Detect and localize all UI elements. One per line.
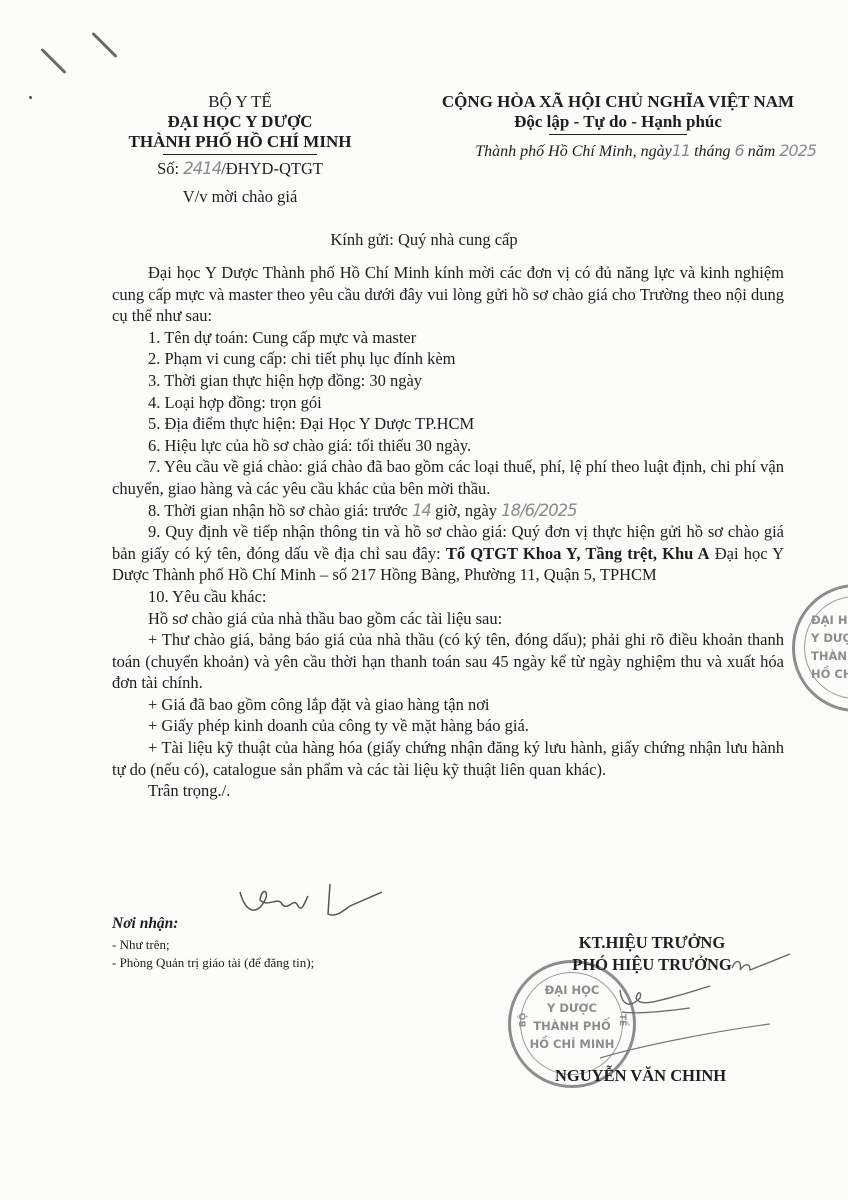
national-header: CỘNG HÒA XÃ HỘI CHỦ NGHĨA VIỆT NAM Độc l… (418, 92, 818, 162)
document-bullet: + Giá đã bao gồm công lắp đặt và giao hà… (112, 694, 784, 716)
date-prefix: Thành phố Hồ Chí Minh, ngày (475, 143, 671, 160)
stamp-line: Y DƯỢC (811, 629, 848, 647)
document-bullet: + Thư chào giá, bảng báo giá của nhà thầ… (112, 629, 784, 694)
deadline-date: 18/6/2025 (501, 501, 577, 520)
stamp-line: ĐẠI HỌC (811, 611, 848, 629)
date-month: 6 (735, 141, 744, 160)
document-number: Số: 2414/ĐHYD-QTGT (105, 159, 375, 179)
deadline-label: 8. Thời gian nhận hồ sơ chào giá: trước (148, 501, 408, 520)
issuer-header: BỘ Y TẾ ĐẠI HỌC Y DƯỢC THÀNH PHỐ HỒ CHÍ … (105, 92, 375, 207)
staple-mark (40, 48, 66, 74)
letter-body: Đại học Y Dược Thành phố Hồ Chí Minh kín… (112, 262, 784, 802)
staple-mark (91, 32, 117, 58)
motto-divider (549, 134, 687, 135)
document-bullet: + Giấy phép kinh doanh của công ty về mặ… (112, 715, 784, 737)
document-bullet: + Tài liệu kỹ thuật của hàng hóa (giấy c… (112, 737, 784, 780)
salutation: Kính gửi: Quý nhà cung cấp (0, 230, 848, 250)
list-item-other: 10. Yêu cầu khác: (112, 586, 784, 608)
list-item: 7. Yêu cầu về giá chào: giá chào đã bao … (112, 456, 784, 499)
stamp-line: THÀNH PHỐ (811, 647, 848, 665)
recipient-item: - Như trên; (112, 936, 314, 954)
number-label: Số: (157, 159, 179, 178)
recipient-item: - Phòng Quản trị giáo tài (để đăng tin); (112, 954, 314, 972)
university-name-line2: THÀNH PHỐ HỒ CHÍ MINH (105, 132, 375, 152)
number-suffix: /ĐHYD-QTGT (221, 159, 323, 178)
university-name-line1: ĐẠI HỌC Y DƯỢC (105, 112, 375, 132)
deadline-mid: giờ, ngày (435, 501, 497, 520)
stamp-text: ĐẠI HỌC Y DƯỢC THÀNH PHỐ HỒ CHÍ MINH (811, 611, 848, 683)
nation-title: CỘNG HÒA XÃ HỘI CHỦ NGHĨA VIỆT NAM (418, 92, 818, 112)
national-motto: Độc lập - Tự do - Hạnh phúc (418, 112, 818, 132)
list-item: 6. Hiệu lực của hồ sơ chào giá: tối thiể… (112, 435, 784, 457)
deadline-hour: 14 (412, 501, 431, 520)
recipients-title: Nơi nhận: (112, 915, 178, 933)
month-label: tháng (694, 143, 730, 160)
header-divider (163, 154, 317, 155)
document-date: Thành phố Hồ Chí Minh, ngày11 tháng 6 nă… (418, 141, 818, 162)
scan-dot (29, 96, 32, 99)
list-item-deadline: 8. Thời gian nhận hồ sơ chào giá: trước … (112, 500, 784, 522)
number-handwritten: 2414 (183, 159, 221, 178)
partial-stamp: Y ĐẠI HỌC Y DƯỢC THÀNH PHỐ HỒ CHÍ MINH (792, 584, 848, 712)
list-item: 5. Địa điểm thực hiện: Đại Học Y Dược TP… (112, 413, 784, 435)
submission-address-bold: Tổ QTGT Khoa Y, Tầng trệt, Khu A (446, 544, 710, 563)
list-item: 1. Tên dự toán: Cung cấp mực và master (112, 327, 784, 349)
handwritten-signature (600, 948, 800, 1068)
year-label: năm (748, 143, 776, 160)
initial-signature (232, 878, 392, 922)
documents-intro: Hồ sơ chào giá của nhà thầu bao gồm các … (112, 608, 784, 630)
recipients-list: - Như trên; - Phòng Quản trị giáo tài (đ… (112, 936, 314, 972)
list-item: 2. Phạm vi cung cấp: chi tiết phụ lục đí… (112, 348, 784, 370)
signer-name: NGUYỄN VĂN CHINH (555, 1066, 726, 1086)
date-day: 11 (672, 141, 690, 160)
stamp-arc-left: BỘ (518, 1013, 528, 1028)
intro-paragraph: Đại học Y Dược Thành phố Hồ Chí Minh kín… (112, 262, 784, 327)
closing-line: Trân trọng./. (112, 780, 784, 802)
stamp-arc-top: Y (795, 590, 848, 600)
list-item-submission: 9. Quy định về tiếp nhận thông tin và hồ… (112, 521, 784, 586)
list-item: 3. Thời gian thực hiện hợp đồng: 30 ngày (112, 370, 784, 392)
document-subject: V/v mời chào giá (105, 187, 375, 207)
list-item: 4. Loại hợp đồng: trọn gói (112, 392, 784, 414)
stamp-line: HỒ CHÍ MINH (811, 665, 848, 683)
date-year: 2025 (779, 141, 816, 160)
ministry-name: BỘ Y TẾ (105, 92, 375, 112)
